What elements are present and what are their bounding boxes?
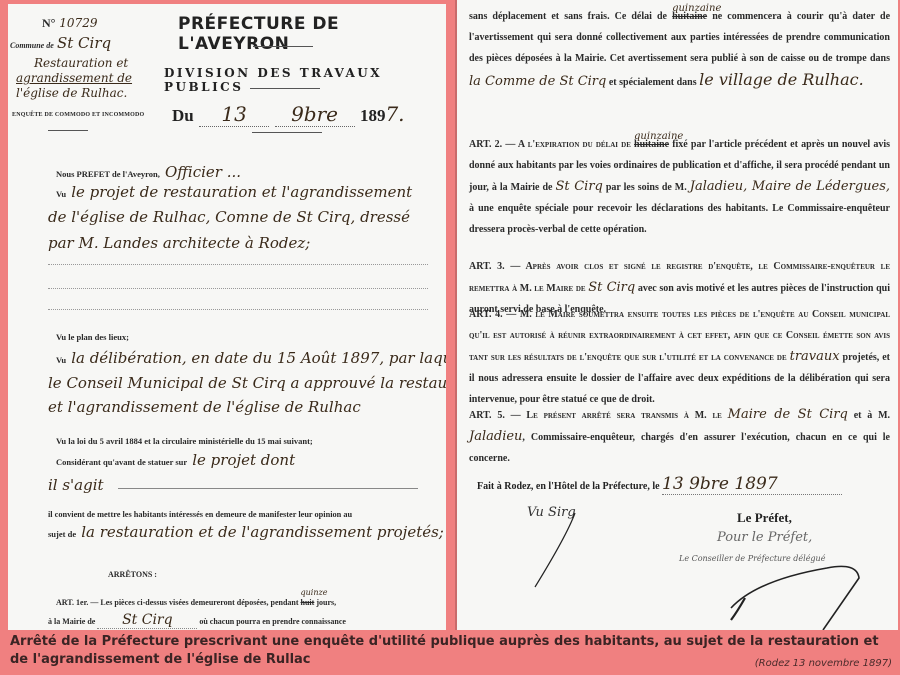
blank-line <box>48 309 428 310</box>
caption-date: (Rodez 13 novembre 1897) <box>755 658 892 669</box>
divider <box>253 46 313 47</box>
article-1-continued: sans déplacement et sans frais. Ce délai… <box>469 6 890 93</box>
document-page-right: sans déplacement et sans frais. Ce délai… <box>455 0 898 630</box>
agit-line: il s'agit <box>48 476 104 494</box>
blank-line <box>118 488 418 489</box>
article-5: ART. 5. — Le présent arrêté sera transmi… <box>469 404 890 469</box>
file-number: N° 10729 <box>42 16 97 31</box>
subject-handwritten: Restauration et agrandissement de l'égli… <box>16 56 166 101</box>
enquete-label: ENQUÊTE DE COMMODO ET INCOMMODO <box>12 112 144 118</box>
le-prefet: Le Préfet, <box>737 510 792 526</box>
divider <box>252 132 322 133</box>
arretons-heading: ARRÊTONS : <box>108 570 157 579</box>
vu-projet: Vu le projet de restauration et l'agrand… <box>56 182 412 201</box>
prefecture-title: PRÉFECTURE DE L'AVEYRON <box>178 14 446 54</box>
article-4: ART. 4. — M. le Maire soumettra ensuite … <box>469 304 890 410</box>
loi-line: Vu la loi du 5 avril 1884 et la circulai… <box>56 436 313 446</box>
vu-plan: Vu le plan des lieux; <box>56 332 129 342</box>
divider <box>48 130 88 131</box>
article-2: ART. 2. — A l'expiration du délai de hui… <box>469 134 890 240</box>
vu-projet-line2: de l'église de Rulhac, Comne de St Cirq,… <box>48 208 410 226</box>
vu-deliberation-line2: le Conseil Municipal de St Cirq a approu… <box>48 374 446 392</box>
convient: il convient de mettre les habitants inté… <box>48 510 352 519</box>
caption-bar: Arrêté de la Préfecture prescrivant une … <box>0 630 900 675</box>
document-date: Du 13 9bre 1897. <box>172 102 405 127</box>
vu-projet-line3: par M. Landes architecte à Rodez; <box>48 234 310 252</box>
divider <box>250 88 320 89</box>
division-title: DIVISION DES TRAVAUX PUBLICS <box>164 66 446 94</box>
commune: Commune de St Cirq <box>10 34 111 52</box>
document-page-left: N° 10729 Commune de St Cirq Restauration… <box>8 4 446 630</box>
blank-line <box>48 264 428 265</box>
blank-line <box>48 288 428 289</box>
prefet-line: Nous PREFET de l'Aveyron, Officier ... <box>56 162 241 181</box>
fait-a-rodez: Fait à Rodez, en l'Hôtel de la Préfectur… <box>477 474 842 495</box>
vu-deliberation-line3: et l'agrandissement de l'église de Rulha… <box>48 398 361 416</box>
article-1: ART. 1er. — Les pièces ci-dessus visées … <box>56 598 336 607</box>
prefet-signature <box>727 540 897 630</box>
signature-stroke <box>527 505 587 595</box>
vu-deliberation: Vu la délibération, en date du 15 Août 1… <box>56 348 446 367</box>
considerant: Considérant qu'avant de statuer sur le p… <box>56 450 295 469</box>
sujet-line: sujet de la restauration et de l'agrandi… <box>48 522 444 541</box>
article-1-line2: à la Mairie de St Cirq où chacun pourra … <box>48 612 346 629</box>
